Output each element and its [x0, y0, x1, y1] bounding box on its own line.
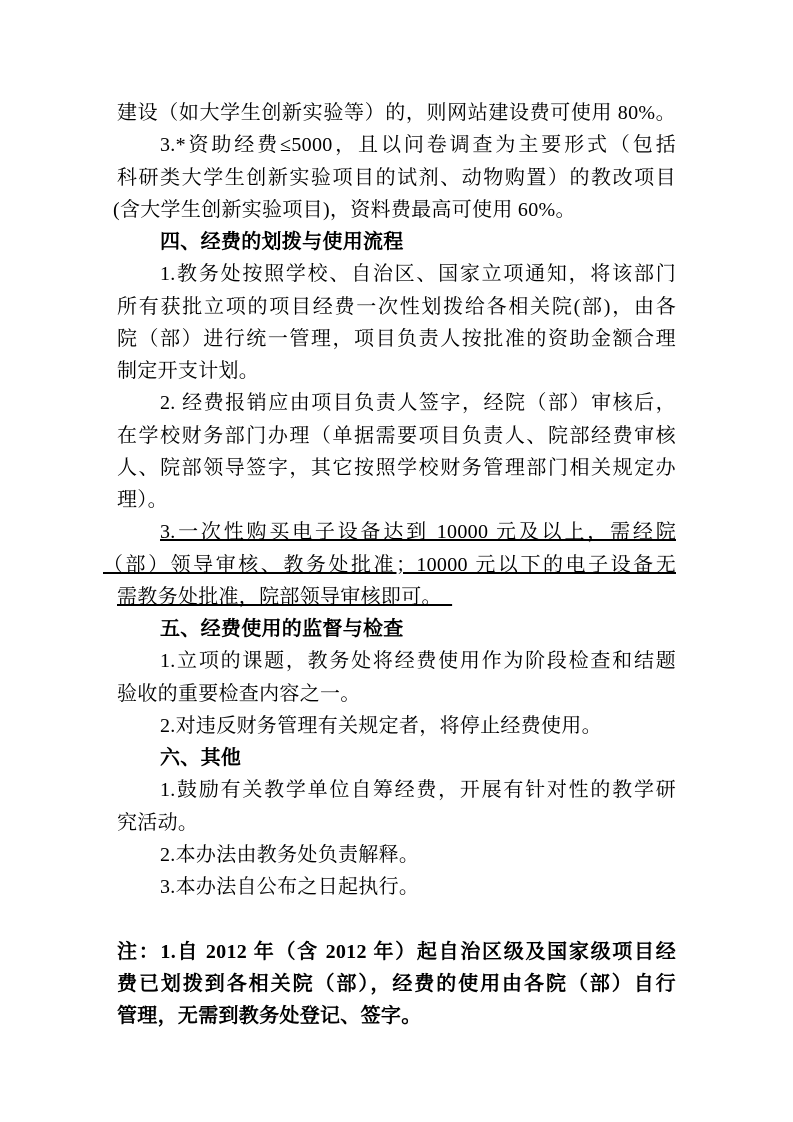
document-page: 建设（如大学生创新实验等）的，则网站建设费可使用 80%。 3.*资助经费≤50… — [0, 0, 793, 1122]
blank-line — [117, 903, 676, 935]
body-line: 人、院部领导签字，其它按照学校财务管理部门相关规定办 — [117, 452, 676, 484]
body-line: 建设（如大学生创新实验等）的，则网站建设费可使用 80%。 — [117, 97, 676, 129]
section-heading-supervision: 五、经费使用的监督与检查 — [117, 613, 676, 645]
underlined-clause-line: （部）领导审核、教务处批准；10000 元以下的电子设备无 — [103, 549, 676, 581]
section-heading-funds-allocation: 四、经费的划拨与使用流程 — [117, 226, 676, 258]
body-line: 3.*资助经费≤5000，且以问卷调查为主要形式（包括 — [117, 129, 676, 161]
body-line: 验收的重要检查内容之一。 — [117, 678, 676, 710]
body-line: 3.本办法自公布之日起执行。 — [117, 871, 676, 903]
body-line: 在学校财务部门办理（单据需要项目负责人、院部经费审核 — [117, 420, 676, 452]
body-line: 2.对违反财务管理有关规定者，将停止经费使用。 — [117, 710, 676, 742]
body-line: 究活动。 — [117, 807, 676, 839]
body-line: 2. 经费报销应由项目负责人签字，经院（部）审核后， — [117, 387, 676, 419]
body-line: 1.教务处按照学校、自治区、国家立项通知，将该部门 — [117, 258, 676, 290]
note-line: 管理，无需到教务处登记、签字。 — [117, 1000, 676, 1032]
body-line: 2.本办法由教务处负责解释。 — [117, 839, 676, 871]
body-line: 1.鼓励有关教学单位自筹经费，开展有针对性的教学研 — [117, 774, 676, 806]
body-line: (含大学生创新实验项目)，资料费最高可使用 60%。 — [113, 194, 676, 226]
body-line: 1.立项的课题，教务处将经费使用作为阶段检查和结题 — [117, 645, 676, 677]
document-content: 建设（如大学生创新实验等）的，则网站建设费可使用 80%。 3.*资助经费≤50… — [117, 97, 676, 1032]
note-line: 注：1.自 2012 年（含 2012 年）起自治区级及国家级项目经 — [117, 936, 676, 968]
underlined-clause-line: 需教务处批准，院部领导审核即可。 — [117, 581, 676, 613]
body-line: 院（部）进行统一管理，项目负责人按批准的资助金额合理 — [117, 323, 676, 355]
section-heading-others: 六、其他 — [117, 742, 676, 774]
body-line: 科研类大学生创新实验项目的试剂、动物购置）的教改项目 — [117, 162, 676, 194]
body-line: 制定开支计划。 — [117, 355, 676, 387]
body-line: 理）。 — [117, 484, 676, 516]
body-line: 所有获批立项的项目经费一次性划拨给各相关院(部)，由各 — [117, 291, 676, 323]
note-line: 费已划拨到各相关院（部），经费的使用由各院（部）自行 — [117, 968, 676, 1000]
underlined-clause-line: 3.一次性购买电子设备达到 10000 元及以上，需经院 — [117, 516, 676, 548]
